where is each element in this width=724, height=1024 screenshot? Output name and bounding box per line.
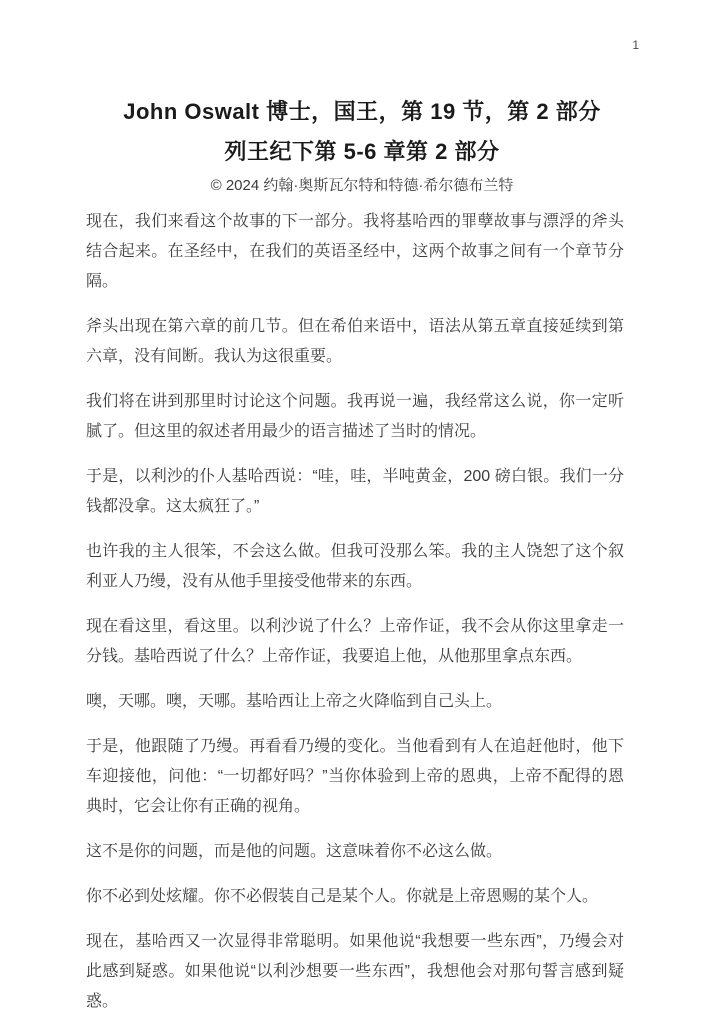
paragraph-5: 也许我的主人很笨，不会这么做。但我可没那么笨。我的主人饶恕了这个叙利亚人乃缦，没…: [86, 537, 624, 597]
document-title: John Oswalt 博士，国王，第 19 节，第 2 部分 列王纪下第 5-…: [0, 92, 724, 172]
paragraph-2: 斧头出现在第六章的前几节。但在希伯来语中，语法从第五章直接延续到第六章，没有间断…: [86, 312, 624, 372]
copyright-line: © 2024 约翰·奥斯瓦尔特和特德·希尔德布兰特: [0, 174, 724, 198]
paragraph-4: 于是，以利沙的仆人基哈西说：“哇，哇，半吨黄金，200 磅白银。我们一分钱都没拿…: [86, 462, 624, 522]
title-line-2: 列王纪下第 5-6 章第 2 部分: [0, 132, 724, 172]
paragraph-7: 噢，天哪。噢，天哪。基哈西让上帝之火降临到自己头上。: [86, 687, 624, 717]
paragraph-11: 现在，基哈西又一次显得非常聪明。如果他说“我想要一些东西”，乃缦会对此感到疑惑。…: [86, 927, 624, 1017]
document-page: 1 John Oswalt 博士，国王，第 19 节，第 2 部分 列王纪下第 …: [0, 0, 724, 1024]
document-header: John Oswalt 博士，国王，第 19 节，第 2 部分 列王纪下第 5-…: [0, 0, 724, 198]
paragraph-1: 现在，我们来看这个故事的下一部分。我将基哈西的罪孽故事与漂浮的斧头结合起来。在圣…: [86, 207, 624, 297]
title-line-1: John Oswalt 博士，国王，第 19 节，第 2 部分: [0, 92, 724, 132]
paragraph-8: 于是，他跟随了乃缦。再看看乃缦的变化。当他看到有人在追赶他时，他下车迎接他，问他…: [86, 732, 624, 822]
paragraph-6: 现在看这里，看这里。以利沙说了什么？上帝作证，我不会从你这里拿走一分钱。基哈西说…: [86, 612, 624, 672]
paragraph-9: 这不是你的问题，而是他的问题。这意味着你不必这么做。: [86, 837, 624, 867]
document-body: 现在，我们来看这个故事的下一部分。我将基哈西的罪孽故事与漂浮的斧头结合起来。在圣…: [0, 198, 724, 1017]
page-number: 1: [632, 38, 639, 52]
paragraph-3: 我们将在讲到那里时讨论这个问题。我再说一遍，我经常这么说，你一定听腻了。但这里的…: [86, 387, 624, 447]
paragraph-10: 你不必到处炫耀。你不必假装自己是某个人。你就是上帝恩赐的某个人。: [86, 882, 624, 912]
